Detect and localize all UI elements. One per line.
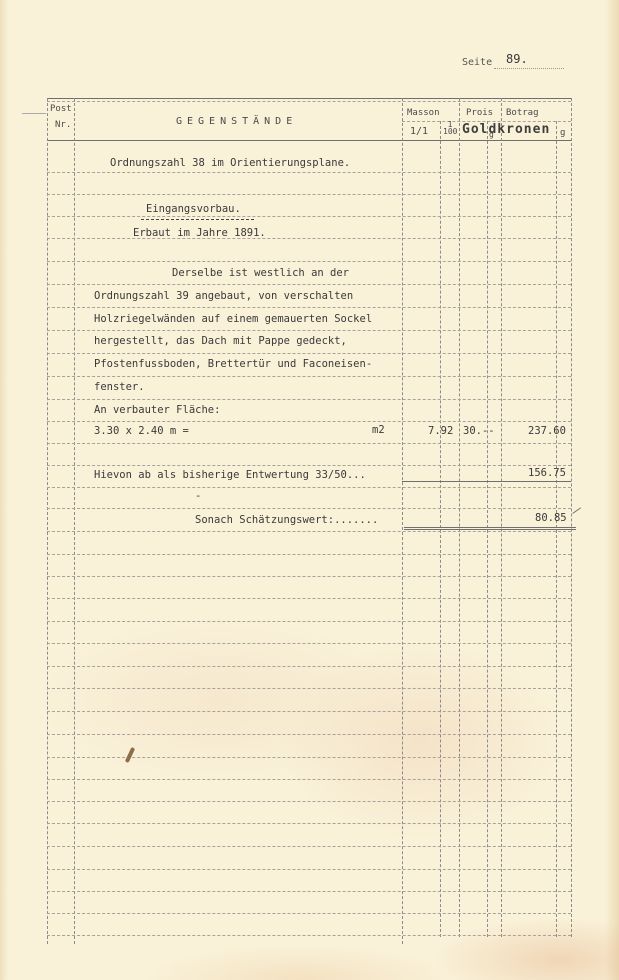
entry-title: Ordnungszahl 38 im Orientierungsplane.: [110, 157, 350, 169]
description-line: Pfostenfussboden, Brettertür und Faconei…: [94, 358, 372, 370]
description-line: Holzriegelwänden auf einem gemauerten So…: [94, 313, 372, 325]
description-line: hergestellt, das Dach mit Pappe gedeckt,: [94, 335, 347, 347]
header-gegenstaende: GEGENSTÄNDE: [176, 116, 297, 127]
header-massen: Masson: [407, 108, 440, 118]
page-label: Seite: [462, 57, 492, 68]
header-massen-whole: 1/1: [410, 126, 428, 137]
description-line: Derselbe ist westlich an der: [172, 267, 349, 279]
area-value: 7.92: [428, 425, 453, 437]
fraction-denominator: 100: [443, 128, 457, 135]
header-massen-fraction: 1 100: [443, 121, 457, 135]
object-name-underline: [141, 219, 254, 220]
header-preis: Prois: [466, 108, 493, 118]
price-value: 30.--: [463, 425, 495, 437]
area-label: An verbauter Fläche:: [94, 404, 220, 416]
description-line: fenster.: [94, 381, 145, 393]
area-calculation: 3.30 x 2.40 m =: [94, 425, 189, 437]
dash-mark: -: [195, 490, 201, 502]
area-unit: m2: [372, 424, 385, 436]
currency-stamp: Goldkronen: [462, 122, 550, 137]
header-nr: Nr.: [55, 120, 71, 130]
estimate-label: Sonach Schätzungswert:.......: [195, 514, 378, 526]
estimate-value: 80.85: [535, 512, 567, 524]
depreciation-label: Hievon ab als bisherige Entwertung 33/50…: [94, 469, 366, 481]
depreciation-value: 156.75: [528, 467, 566, 479]
header-g-preis: g: [489, 130, 494, 139]
amount-value: 237.60: [528, 425, 566, 437]
page-number-line: [494, 68, 564, 69]
header-g-betrag: g: [560, 128, 565, 138]
header-betrag: Botrag: [506, 108, 539, 118]
entry-object-name: Eingangsvorbau.: [146, 203, 241, 215]
entry-built: Erbaut im Jahre 1891.: [133, 227, 266, 239]
header-post: Post: [50, 104, 72, 114]
page-number: 89.: [506, 52, 528, 66]
paper-background: [0, 0, 619, 980]
description-line: Ordnungszahl 39 angebaut, von verschalte…: [94, 290, 353, 302]
margin-tick: [22, 113, 46, 114]
